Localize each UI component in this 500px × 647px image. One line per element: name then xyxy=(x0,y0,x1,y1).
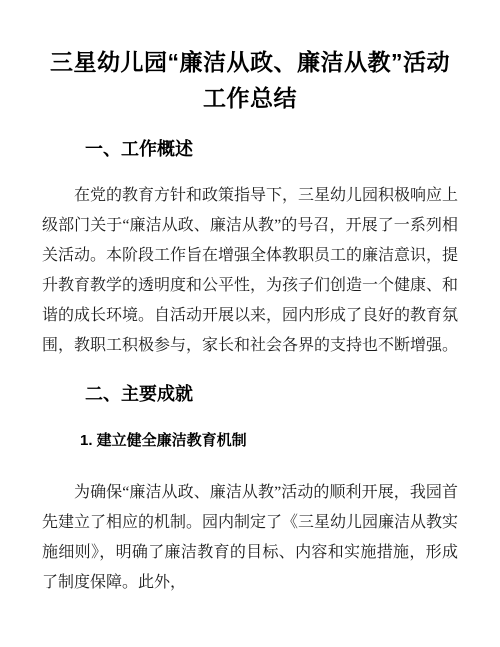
overview-paragraph: 在党的教育方针和政策指导下，三星幼儿园积极响应上级部门关于“廉洁从政、廉洁从教”… xyxy=(42,181,458,361)
document-page: 三星幼儿园“廉洁从政、廉洁从教”活动工作总结 一、工作概述 在党的教育方针和政策… xyxy=(0,0,500,647)
mechanism-paragraph: 为确保“廉洁从政、廉洁从教”活动的顺利开展，我园首先建立了相应的机制。园内制定了… xyxy=(42,478,458,598)
sub-heading-mechanism: 1. 建立健全廉洁教育机制 xyxy=(42,431,458,451)
document-title: 三星幼儿园“廉洁从政、廉洁从教”活动工作总结 xyxy=(42,44,458,116)
section-heading-overview: 一、工作概述 xyxy=(42,138,458,160)
section-heading-achievements: 二、主要成就 xyxy=(42,383,458,405)
